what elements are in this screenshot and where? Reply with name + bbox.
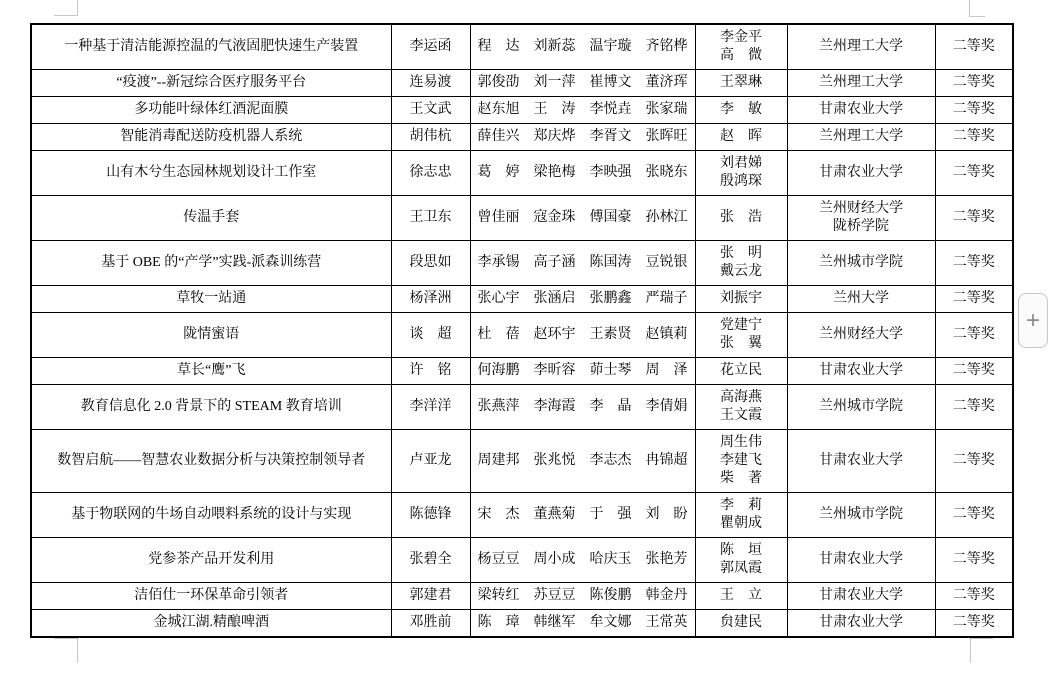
cell-text-line: 智能消毒配送防疫机器人系统 — [34, 128, 389, 146]
cell-text-line: 葛 婷 梁艳梅 李映强 张晓东 — [473, 164, 693, 182]
members-cell[interactable]: 杨豆豆 周小成 哈庆玉 张艳芳 — [470, 538, 695, 583]
university-cell[interactable]: 兰州大学 — [787, 286, 935, 313]
university-cell[interactable]: 兰州理工大学 — [787, 70, 935, 97]
members-cell[interactable]: 薛佳兴 郑庆烨 李胥文 张晖旺 — [470, 124, 695, 151]
cell-text-line: 卢亚龙 — [394, 452, 468, 470]
table-row: 多功能叶绿体红酒泥面膜王文武赵东旭 王 涛 李悦垚 张家瑞李 敏甘肃农业大学二等… — [31, 97, 1013, 124]
award-cell[interactable]: 二等奖 — [935, 97, 1013, 124]
cell-text-line: 基于物联网的牛场自动喂料系统的设计与实现 — [34, 506, 389, 524]
cell-text-line: 赵东旭 王 涛 李悦垚 张家瑞 — [473, 101, 693, 119]
cell-text-line: 二等奖 — [938, 362, 1011, 380]
cell-text-line: 教育信息化 2.0 背景下的 STEAM 教育培训 — [34, 398, 389, 416]
cell-text-line: 薛佳兴 郑庆烨 李胥文 张晖旺 — [473, 128, 693, 146]
leader-cell[interactable]: 郭建君 — [391, 583, 470, 610]
cell-text-line: 贠建民 — [698, 614, 785, 632]
project-name-cell[interactable]: 陇情蜜语 — [31, 313, 391, 358]
cell-text-line: 陈 垣 — [698, 542, 785, 560]
award-table-body: 一种基于清洁能源控温的气液固肥快速生产装置李运函程 达 刘新蕊 温宇璇 齐铭桦李… — [31, 24, 1013, 637]
members-cell[interactable]: 赵东旭 王 涛 李悦垚 张家瑞 — [470, 97, 695, 124]
project-name-cell[interactable]: 多功能叶绿体红酒泥面膜 — [31, 97, 391, 124]
cell-text-line: 兰州城市学院 — [790, 398, 933, 416]
cell-text-line: 金城江湖.精酿啤酒 — [34, 614, 389, 632]
cell-text-line: 二等奖 — [938, 452, 1011, 470]
cell-text-line: 二等奖 — [938, 290, 1011, 308]
plus-icon: + — [1026, 309, 1040, 333]
cell-text-line: 张 浩 — [698, 209, 785, 227]
university-cell[interactable]: 甘肃农业大学 — [787, 97, 935, 124]
advisors-cell[interactable]: 王 立 — [695, 583, 787, 610]
table-row: 智能消毒配送防疫机器人系统胡伟杭薛佳兴 郑庆烨 李胥文 张晖旺赵 晖兰州理工大学… — [31, 124, 1013, 151]
advisors-cell[interactable]: 张 浩 — [695, 196, 787, 241]
text-boundary-mark-top-left — [77, 0, 78, 16]
cell-text-line: 甘肃农业大学 — [790, 551, 933, 569]
leader-cell[interactable]: 杨泽洲 — [391, 286, 470, 313]
advisors-cell[interactable]: 周生伟李建飞柴 著 — [695, 430, 787, 493]
advisors-cell[interactable]: 贠建民 — [695, 610, 787, 638]
cell-text-line: 高 微 — [698, 47, 785, 65]
cell-text-line: 二等奖 — [938, 254, 1011, 272]
members-cell[interactable]: 何海鹏 李昕容 茆士琴 周 泽 — [470, 358, 695, 385]
cell-text-line: 二等奖 — [938, 164, 1011, 182]
university-cell[interactable]: 兰州财经大学 — [787, 313, 935, 358]
table-row: 金城江湖.精酿啤酒邓胜前陈 璋 韩继军 牟文娜 王常英贠建民甘肃农业大学二等奖 — [31, 610, 1013, 638]
text-boundary-mark-top-right — [969, 16, 985, 17]
text-boundary-mark-bottom-left — [54, 638, 78, 639]
table-row: 陇情蜜语谈 超杜 蓓 赵环宇 王素贤 赵镇莉党建宁张 翼兰州财经大学二等奖 — [31, 313, 1013, 358]
award-cell[interactable]: 二等奖 — [935, 124, 1013, 151]
cell-text-line: 陇情蜜语 — [34, 326, 389, 344]
cell-text-line: 张心宇 张涵启 张鹏鑫 严瑞子 — [473, 290, 693, 308]
leader-cell[interactable]: 王文武 — [391, 97, 470, 124]
project-name-cell[interactable]: “疫渡”--新冠综合医疗服务平台 — [31, 70, 391, 97]
cell-text-line: 二等奖 — [938, 38, 1011, 56]
cell-text-line: 瞿朝成 — [698, 515, 785, 533]
cell-text-line: 柴 著 — [698, 470, 785, 488]
cell-text-line: 李建飞 — [698, 452, 785, 470]
advisors-cell[interactable]: 刘君娣殷鸿琛 — [695, 151, 787, 196]
award-cell[interactable]: 二等奖 — [935, 610, 1013, 638]
advisors-cell[interactable]: 赵 晖 — [695, 124, 787, 151]
advisors-cell[interactable]: 刘振宇 — [695, 286, 787, 313]
cell-text-line: 二等奖 — [938, 587, 1011, 605]
leader-cell[interactable]: 王卫东 — [391, 196, 470, 241]
text-boundary-mark-bottom-right — [970, 638, 971, 663]
cell-text-line: 二等奖 — [938, 101, 1011, 119]
award-cell[interactable]: 二等奖 — [935, 358, 1013, 385]
cell-text-line: 曾佳丽 寇金珠 傅国豪 孙林江 — [473, 209, 693, 227]
text-boundary-mark-bottom-right — [970, 638, 993, 639]
cell-text-line: 草长“鹰”飞 — [34, 362, 389, 380]
members-cell[interactable]: 陈 璋 韩继军 牟文娜 王常英 — [470, 610, 695, 638]
cell-text-line: 兰州城市学院 — [790, 254, 933, 272]
cell-text-line: 二等奖 — [938, 74, 1011, 92]
cell-text-line: 郭建君 — [394, 587, 468, 605]
table-row: 洁佰仕一环保革命引领者郭建君梁转红 苏豆豆 陈俊鹏 韩金丹王 立甘肃农业大学二等… — [31, 583, 1013, 610]
cell-text-line: 兰州大学 — [790, 290, 933, 308]
project-name-cell[interactable]: 金城江湖.精酿啤酒 — [31, 610, 391, 638]
table-row: 一种基于清洁能源控温的气液固肥快速生产装置李运函程 达 刘新蕊 温宇璇 齐铭桦李… — [31, 24, 1013, 70]
cell-text-line: 兰州理工大学 — [790, 74, 933, 92]
leader-cell[interactable]: 段思如 — [391, 241, 470, 286]
cell-text-line: 段思如 — [394, 254, 468, 272]
project-name-cell[interactable]: 教育信息化 2.0 背景下的 STEAM 教育培训 — [31, 385, 391, 430]
cell-text-line: 党参茶产品开发利用 — [34, 551, 389, 569]
cell-text-line: 周建邦 张兆悦 李志杰 冉锦超 — [473, 452, 693, 470]
cell-text-line: 郭俊劭 刘一萍 崔博文 董济珲 — [473, 74, 693, 92]
university-cell[interactable]: 甘肃农业大学 — [787, 583, 935, 610]
cell-text-line: 高海燕 — [698, 389, 785, 407]
cell-text-line: 陈德锋 — [394, 506, 468, 524]
advisors-cell[interactable]: 王翠琳 — [695, 70, 787, 97]
table-row: 山有木兮生态园林规划设计工作室徐志忠葛 婷 梁艳梅 李映强 张晓东刘君娣殷鸿琛甘… — [31, 151, 1013, 196]
university-cell[interactable]: 兰州城市学院 — [787, 493, 935, 538]
cell-text-line: 甘肃农业大学 — [790, 101, 933, 119]
university-cell[interactable]: 甘肃农业大学 — [787, 430, 935, 493]
award-cell[interactable]: 二等奖 — [935, 538, 1013, 583]
cell-text-line: 陇桥学院 — [790, 218, 933, 236]
members-cell[interactable]: 宋 杰 董燕菊 于 强 刘 盼 — [470, 493, 695, 538]
leader-cell[interactable]: 谈 超 — [391, 313, 470, 358]
cell-text-line: 兰州理工大学 — [790, 128, 933, 146]
leader-cell[interactable]: 徐志忠 — [391, 151, 470, 196]
cell-text-line: 李洋洋 — [394, 398, 468, 416]
advisors-cell[interactable]: 党建宁张 翼 — [695, 313, 787, 358]
cell-text-line: 兰州理工大学 — [790, 38, 933, 56]
cell-text-line: 二等奖 — [938, 326, 1011, 344]
project-name-cell[interactable]: 山有木兮生态园林规划设计工作室 — [31, 151, 391, 196]
cell-text-line: 李 莉 — [698, 497, 785, 515]
advisors-cell[interactable]: 张 明戴云龙 — [695, 241, 787, 286]
table-row: 党参茶产品开发利用张碧全杨豆豆 周小成 哈庆玉 张艳芳陈 垣郭凤霞甘肃农业大学二… — [31, 538, 1013, 583]
members-cell[interactable]: 张燕萍 李海霞 李 晶 李倩娟 — [470, 385, 695, 430]
project-name-cell[interactable]: 传温手套 — [31, 196, 391, 241]
advisors-cell[interactable]: 高海燕王文霞 — [695, 385, 787, 430]
cell-text-line: 党建宁 — [698, 317, 785, 335]
cell-text-line: 兰州财经大学 — [790, 200, 933, 218]
leader-cell[interactable]: 邓胜前 — [391, 610, 470, 638]
award-cell[interactable]: 二等奖 — [935, 430, 1013, 493]
award-cell[interactable]: 二等奖 — [935, 196, 1013, 241]
cell-text-line: 陈 璋 韩继军 牟文娜 王常英 — [473, 614, 693, 632]
add-page-button[interactable]: + — [1018, 293, 1048, 348]
project-name-cell[interactable]: 基于 OBE 的“产学”实践-派森训练营 — [31, 241, 391, 286]
project-name-cell[interactable]: 智能消毒配送防疫机器人系统 — [31, 124, 391, 151]
members-cell[interactable]: 杜 蓓 赵环宇 王素贤 赵镇莉 — [470, 313, 695, 358]
university-cell[interactable]: 甘肃农业大学 — [787, 358, 935, 385]
cell-text-line: 一种基于清洁能源控温的气液固肥快速生产装置 — [34, 38, 389, 56]
award-cell[interactable]: 二等奖 — [935, 493, 1013, 538]
award-cell[interactable]: 二等奖 — [935, 313, 1013, 358]
cell-text-line: 杨泽洲 — [394, 290, 468, 308]
cell-text-line: 甘肃农业大学 — [790, 452, 933, 470]
members-cell[interactable]: 葛 婷 梁艳梅 李映强 张晓东 — [470, 151, 695, 196]
cell-text-line: 多功能叶绿体红酒泥面膜 — [34, 101, 389, 119]
advisors-cell[interactable]: 花立民 — [695, 358, 787, 385]
university-cell[interactable]: 兰州理工大学 — [787, 24, 935, 70]
leader-cell[interactable]: 卢亚龙 — [391, 430, 470, 493]
cell-text-line: 甘肃农业大学 — [790, 614, 933, 632]
cell-text-line: 郭凤霞 — [698, 560, 785, 578]
university-cell[interactable]: 兰州财经大学陇桥学院 — [787, 196, 935, 241]
members-cell[interactable]: 张心宇 张涵启 张鹏鑫 严瑞子 — [470, 286, 695, 313]
cell-text-line: 花立民 — [698, 362, 785, 380]
project-name-cell[interactable]: 一种基于清洁能源控温的气液固肥快速生产装置 — [31, 24, 391, 70]
cell-text-line: 胡伟杭 — [394, 128, 468, 146]
leader-cell[interactable]: 李运函 — [391, 24, 470, 70]
table-row: 基于 OBE 的“产学”实践-派森训练营段思如李承锡 高子涵 陈国涛 豆锐银张 … — [31, 241, 1013, 286]
cell-text-line: 李 敏 — [698, 101, 785, 119]
cell-text-line: 李承锡 高子涵 陈国涛 豆锐银 — [473, 254, 693, 272]
cell-text-line: 张 明 — [698, 245, 785, 263]
leader-cell[interactable]: 张碧全 — [391, 538, 470, 583]
cell-text-line: 王文霞 — [698, 407, 785, 425]
project-name-cell[interactable]: 草长“鹰”飞 — [31, 358, 391, 385]
cell-text-line: 数智启航——智慧农业数据分析与决策控制领导者 — [34, 452, 389, 470]
cell-text-line: 二等奖 — [938, 551, 1011, 569]
table-row: 基于物联网的牛场自动喂料系统的设计与实现陈德锋宋 杰 董燕菊 于 强 刘 盼李 … — [31, 493, 1013, 538]
cell-text-line: 王卫东 — [394, 209, 468, 227]
cell-text-line: 甘肃农业大学 — [790, 362, 933, 380]
cell-text-line: 张 翼 — [698, 335, 785, 353]
cell-text-line: 赵 晖 — [698, 128, 785, 146]
cell-text-line: 洁佰仕一环保革命引领者 — [34, 587, 389, 605]
leader-cell[interactable]: 胡伟杭 — [391, 124, 470, 151]
cell-text-line: 戴云龙 — [698, 263, 785, 281]
cell-text-line: 王文武 — [394, 101, 468, 119]
university-cell[interactable]: 兰州城市学院 — [787, 385, 935, 430]
leader-cell[interactable]: 连易渡 — [391, 70, 470, 97]
cell-text-line: 甘肃农业大学 — [790, 587, 933, 605]
text-boundary-mark-top-left — [54, 15, 78, 16]
members-cell[interactable]: 李承锡 高子涵 陈国涛 豆锐银 — [470, 241, 695, 286]
cell-text-line: 李金平 — [698, 29, 785, 47]
cell-text-line: 何海鹏 李昕容 茆士琴 周 泽 — [473, 362, 693, 380]
project-name-cell[interactable]: 党参茶产品开发利用 — [31, 538, 391, 583]
members-cell[interactable]: 周建邦 张兆悦 李志杰 冉锦超 — [470, 430, 695, 493]
award-cell[interactable]: 二等奖 — [935, 24, 1013, 70]
award-table: 一种基于清洁能源控温的气液固肥快速生产装置李运函程 达 刘新蕊 温宇璇 齐铭桦李… — [30, 23, 1014, 638]
cell-text-line: 程 达 刘新蕊 温宇璇 齐铭桦 — [473, 38, 693, 56]
table-row: 数智启航——智慧农业数据分析与决策控制领导者卢亚龙周建邦 张兆悦 李志杰 冉锦超… — [31, 430, 1013, 493]
award-cell[interactable]: 二等奖 — [935, 286, 1013, 313]
cell-text-line: 传温手套 — [34, 209, 389, 227]
table-row: 草牧一站通杨泽洲张心宇 张涵启 张鹏鑫 严瑞子刘振宇兰州大学二等奖 — [31, 286, 1013, 313]
university-cell[interactable]: 兰州城市学院 — [787, 241, 935, 286]
cell-text-line: 兰州财经大学 — [790, 326, 933, 344]
cell-text-line: 草牧一站通 — [34, 290, 389, 308]
university-cell[interactable]: 甘肃农业大学 — [787, 538, 935, 583]
university-cell[interactable]: 甘肃农业大学 — [787, 610, 935, 638]
award-cell[interactable]: 二等奖 — [935, 241, 1013, 286]
cell-text-line: 王 立 — [698, 587, 785, 605]
award-cell[interactable]: 二等奖 — [935, 583, 1013, 610]
cell-text-line: 二等奖 — [938, 506, 1011, 524]
cell-text-line: 刘振宇 — [698, 290, 785, 308]
advisors-cell[interactable]: 李 敏 — [695, 97, 787, 124]
project-name-cell[interactable]: 草牧一站通 — [31, 286, 391, 313]
university-cell[interactable]: 甘肃农业大学 — [787, 151, 935, 196]
cell-text-line: 许 铭 — [394, 362, 468, 380]
text-boundary-mark-bottom-left — [77, 638, 78, 663]
university-cell[interactable]: 兰州理工大学 — [787, 124, 935, 151]
advisors-cell[interactable]: 李金平高 微 — [695, 24, 787, 70]
cell-text-line: 兰州城市学院 — [790, 506, 933, 524]
leader-cell[interactable]: 陈德锋 — [391, 493, 470, 538]
members-cell[interactable]: 曾佳丽 寇金珠 傅国豪 孙林江 — [470, 196, 695, 241]
project-name-cell[interactable]: 数智启航——智慧农业数据分析与决策控制领导者 — [31, 430, 391, 493]
cell-text-line: “疫渡”--新冠综合医疗服务平台 — [34, 74, 389, 92]
cell-text-line: 殷鸿琛 — [698, 173, 785, 191]
cell-text-line: 杨豆豆 周小成 哈庆玉 张艳芳 — [473, 551, 693, 569]
leader-cell[interactable]: 李洋洋 — [391, 385, 470, 430]
members-cell[interactable]: 郭俊劭 刘一萍 崔博文 董济珲 — [470, 70, 695, 97]
cell-text-line: 二等奖 — [938, 614, 1011, 632]
cell-text-line: 张碧全 — [394, 551, 468, 569]
cell-text-line: 二等奖 — [938, 209, 1011, 227]
cell-text-line: 杜 蓓 赵环宇 王素贤 赵镇莉 — [473, 326, 693, 344]
cell-text-line: 二等奖 — [938, 398, 1011, 416]
award-cell[interactable]: 二等奖 — [935, 151, 1013, 196]
cell-text-line: 刘君娣 — [698, 155, 785, 173]
cell-text-line: 王翠琳 — [698, 74, 785, 92]
advisors-cell[interactable]: 陈 垣郭凤霞 — [695, 538, 787, 583]
project-name-cell[interactable]: 基于物联网的牛场自动喂料系统的设计与实现 — [31, 493, 391, 538]
cell-text-line: 徐志忠 — [394, 164, 468, 182]
cell-text-line: 山有木兮生态园林规划设计工作室 — [34, 164, 389, 182]
cell-text-line: 基于 OBE 的“产学”实践-派森训练营 — [34, 254, 389, 272]
cell-text-line: 李运函 — [394, 38, 468, 56]
members-cell[interactable]: 程 达 刘新蕊 温宇璇 齐铭桦 — [470, 24, 695, 70]
cell-text-line: 邓胜前 — [394, 614, 468, 632]
advisors-cell[interactable]: 李 莉瞿朝成 — [695, 493, 787, 538]
cell-text-line: 连易渡 — [394, 74, 468, 92]
award-cell[interactable]: 二等奖 — [935, 385, 1013, 430]
table-row: 教育信息化 2.0 背景下的 STEAM 教育培训李洋洋张燕萍 李海霞 李 晶 … — [31, 385, 1013, 430]
text-boundary-mark-top-right — [969, 0, 970, 17]
project-name-cell[interactable]: 洁佰仕一环保革命引领者 — [31, 583, 391, 610]
award-cell[interactable]: 二等奖 — [935, 70, 1013, 97]
cell-text-line: 周生伟 — [698, 434, 785, 452]
cell-text-line: 张燕萍 李海霞 李 晶 李倩娟 — [473, 398, 693, 416]
table-row: “疫渡”--新冠综合医疗服务平台连易渡郭俊劭 刘一萍 崔博文 董济珲王翠琳兰州理… — [31, 70, 1013, 97]
table-row: 传温手套王卫东曾佳丽 寇金珠 傅国豪 孙林江张 浩兰州财经大学陇桥学院二等奖 — [31, 196, 1013, 241]
cell-text-line: 甘肃农业大学 — [790, 164, 933, 182]
cell-text-line: 谈 超 — [394, 326, 468, 344]
leader-cell[interactable]: 许 铭 — [391, 358, 470, 385]
cell-text-line: 梁转红 苏豆豆 陈俊鹏 韩金丹 — [473, 587, 693, 605]
table-row: 草长“鹰”飞许 铭何海鹏 李昕容 茆士琴 周 泽花立民甘肃农业大学二等奖 — [31, 358, 1013, 385]
members-cell[interactable]: 梁转红 苏豆豆 陈俊鹏 韩金丹 — [470, 583, 695, 610]
cell-text-line: 宋 杰 董燕菊 于 强 刘 盼 — [473, 506, 693, 524]
cell-text-line: 二等奖 — [938, 128, 1011, 146]
